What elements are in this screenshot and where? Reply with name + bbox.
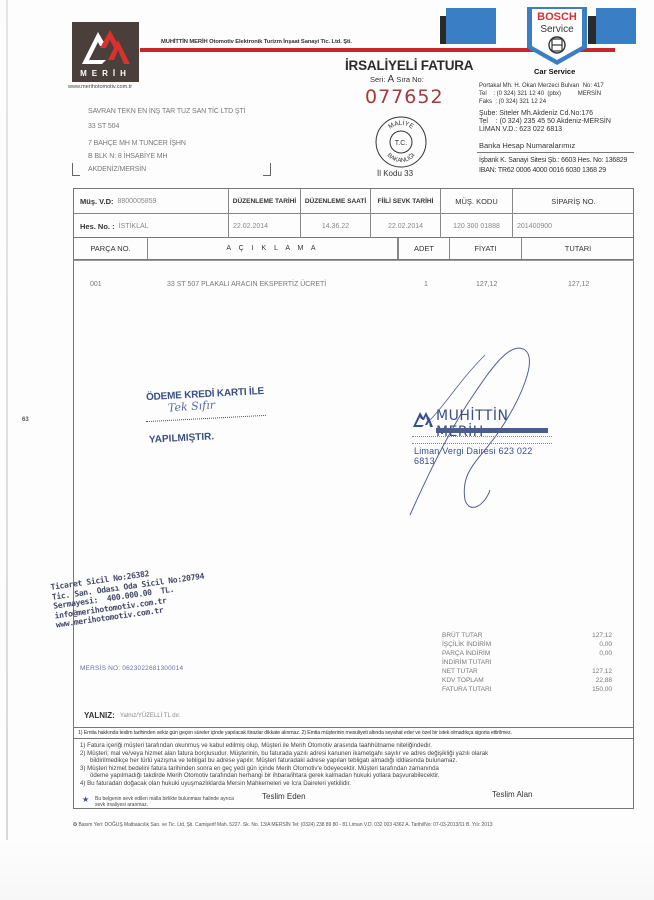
invoice-series: Seri: A Sıra No: [370,74,424,85]
teslim-eden-label: Teslim Eden [262,792,306,801]
col-tutari: TUTARI [522,238,634,259]
invoice-info-table: Müş. V.D: 8800005859 Hes. No. : İSTİKLAL… [73,188,634,238]
col-aciklama: A Ç I K L A M A [148,238,398,259]
invoice-title: İRSALİYELİ FATURA [345,58,473,73]
delivery-note: Bu belgenin sevk edilen malla birlikte b… [95,796,235,808]
header-mus-kodu: MÜŞ. KODU [441,189,513,214]
header-duzenleme-tarihi: DÜZENLEME TARİHİ [229,189,301,214]
header-siparis-no: SİPARİŞ NO. [513,189,634,214]
items-table-header: PARÇA NO. A Ç I K L A M A ADET FİYATI TU… [73,238,634,260]
bosch-banner-right [596,8,636,44]
total-row: BRÜT TUTAR127,12 [442,631,612,640]
scan-bottom-margin [0,840,654,900]
svg-text:MALİYE: MALİYE [387,118,415,131]
duzenleme-saati-value: 14.36.22 [301,214,371,238]
merih-logo-icon [80,26,132,66]
row-parca-no: 001 [90,281,102,288]
stamp-small-text [412,436,552,444]
merih-stamp-logo-icon [412,410,434,428]
logo-wordmark: MERİH [72,69,139,78]
maliye-stamp-icon: MALİYE BAKANLIĞI T.C. [375,116,427,168]
row-aciklama: 33 ST 507 PLAKALI ARACIN EKSPERTİZ ÜCRET… [167,281,326,288]
total-row: PARÇA İNDİRİM0,00 [442,649,612,658]
term-line: ödeme yapılmadığı takdirde Merih Otomoti… [80,772,627,780]
customer-name: SAVRAN TEKN EN İNŞ TAR TUZ SAN TİC LTD Ş… [88,108,245,115]
divider [477,152,634,153]
car-service-label: Car Service [534,67,575,76]
svg-text:Service: Service [540,24,574,35]
scan-edge [6,0,8,900]
company-stamp: MUHİTTİN MERİH Liman Vergi Dairesi 623 0… [412,408,552,460]
customer-address-line: AKDENİZ/MERSİN [88,166,146,173]
branch-phone: Tel : (0 324) 235 45 50 Akdeniz-MERSİN [479,118,611,125]
tax-office: LİMAN V.D.: 623 022 6813 [479,126,562,133]
customer-address-line: B BLK N: 8 İHSABİYE MH [88,153,168,160]
row-tutari: 127,12 [568,281,589,288]
term-line: 3) Müşteri hizmet bedelini fatura tarihi… [80,765,627,773]
logo-url: www.merihotomotiv.com.tr [68,84,132,90]
term-line: 2) Müşteri; mal ve/veya hizmet alan fatu… [80,750,627,758]
term-line: 1) Fatura içeriği müşteri tarafından oku… [80,742,627,750]
col-adet: ADET [398,238,450,259]
star-icon: ★ [82,795,89,804]
mus-vd-cell: Müş. V.D: 8800005859 [74,189,229,214]
total-row: NET TUTAR127,12 [442,667,612,676]
header-fiili-sevk-tarihi: FİİLİ SEVK TARİHİ [371,189,441,214]
row-fiyati: 127,12 [476,281,497,288]
total-row: İNDİRİM TUTARI [442,658,612,667]
fiili-sevk-tarihi-value: 22.02.2014 [371,214,441,238]
svg-text:BAKANLIĞI: BAKANLIĞI [386,152,417,164]
series-value: A [388,74,395,85]
term-line: 4) Bu faturadan doğacak olan hukuki uyuş… [80,780,627,788]
row-adet: 1 [424,281,428,288]
contact-address: Portakal Mh. H. Okan Merzeci Bulvarı No:… [479,83,604,89]
stamp-bar [436,428,548,433]
customer-address-line: 33 ST 504 [88,123,119,130]
side-mark: 63 [22,417,29,423]
print-footer: ✪ Basım Yeri: DOĞUŞ Matbaacılık San. ve … [73,822,492,828]
bank-iban: IBAN: TR62 0006 4000 0016 6030 1368 29 [479,167,606,174]
teslim-alan-label: Teslim Alan [492,790,532,799]
merih-logo: MERİH [72,22,139,82]
total-row: İŞÇİLİK İNDİRİM0,00 [442,640,612,649]
bosch-service-logo: BOSCH Service [526,6,588,66]
company-name: MUHİTTİN MERİH Otomotiv Elektronik Turiz… [161,39,352,45]
col-fiyati: FİYATI [450,238,522,259]
address-bracket [263,163,271,176]
contact-fax: Faks : (0 324) 321 12 24 [479,99,546,105]
yalniz-label: YALNIZ: [84,711,115,720]
branch-address: Şube: Siteler Mh.Akdeniz Cd.No:176 [479,110,593,117]
short-terms: 1) Emtia hakkında teslim tarihinden seki… [73,728,634,739]
contact-phone: Tel : (0 324) 321 12 40 (pbx) MERSİN [479,91,601,97]
totals-block: BRÜT TUTAR127,12 İŞÇİLİK İNDİRİM0,00 PAR… [442,631,612,694]
customer-address-line: 7 BAHÇE MH M TUNCER İŞHN [88,140,186,147]
invoice-number: 077652 [365,86,444,108]
bosch-banner-left [446,8,496,44]
address-bracket [72,163,80,176]
il-kodu: İl Kodu 33 [377,169,413,178]
duzenleme-tarihi-value: 22.02.2014 [229,214,301,238]
total-row-grand: FATURA TUTARI150,00 [442,685,612,694]
yalniz-value: Yalnız/YÜZELLİ TL dır. [120,713,181,719]
mersis-no: MERSİS NO: 0623022681300014 [80,665,183,672]
bosch-banner-strip [588,16,596,44]
svg-text:T.C.: T.C. [395,140,408,147]
col-parca-no: PARÇA NO. [74,238,148,259]
total-row: KDV TOPLAM22,88 [442,676,612,685]
siparis-no-value: 201400900 [513,214,634,238]
mus-kodu-value: 120 300 01888 [441,214,513,238]
term-line: bildirilmedikçe her türlü yazışma ve teb… [80,757,627,765]
hes-no-cell: Hes. No. : İSTİKLAL [74,214,229,238]
bank-title: Banka Hesap Numaralarımız [479,141,575,150]
stamp-tax-office: Liman Vergi Dairesi 623 022 6813 [414,446,552,466]
header-duzenleme-saati: DÜZENLEME SAATİ [301,189,371,214]
bank-account: İşbank K. Sanayi Sitesi Şb.: 6603 Hes. N… [479,157,627,164]
svg-text:BOSCH: BOSCH [537,11,577,23]
